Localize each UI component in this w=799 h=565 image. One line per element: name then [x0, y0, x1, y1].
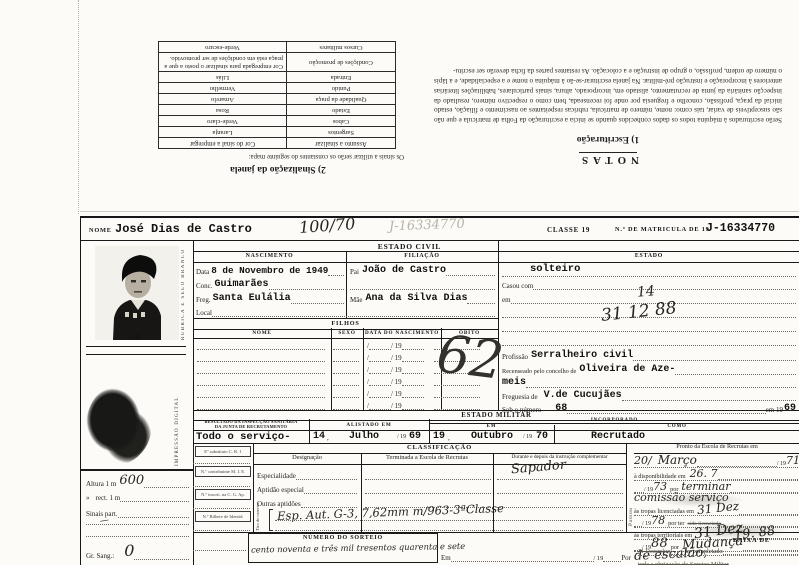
- notas-column: NOTAS 1) Escrituração Serão escriturados…: [428, 2, 788, 202]
- pronto-escola-line: 20/ Março / 19 71: [634, 454, 799, 468]
- married-to-label: Casou com: [502, 282, 533, 290]
- parish-label: Freg.: [196, 296, 211, 304]
- year-prefix: / 19: [594, 555, 604, 562]
- notes-section-rotated: NOTAS 1) Escrituração Serão escriturados…: [138, 2, 788, 202]
- pronto-year-handwritten: 71: [786, 454, 799, 467]
- page-edge-line: [80, 211, 799, 212]
- dotted-leader: [212, 315, 495, 317]
- table-cell: Sargentos: [286, 127, 395, 138]
- estado-civil-title: ESTADO CIVIL: [193, 240, 626, 251]
- place-label: Local: [196, 309, 212, 317]
- profession-value: Serralheiro civil: [531, 350, 633, 361]
- por-ter-label: por ter: [668, 520, 684, 527]
- signal-color-table: Assunto a sinalizar Cor do sinal a empre…: [158, 41, 396, 149]
- classification-title: CLASSIFICAÇÃO: [253, 443, 626, 451]
- table-cell: Punido: [286, 83, 395, 94]
- discharge-reason-line1: 31 Dezembro ter completado: [638, 544, 799, 556]
- pronto-month-handwritten: Março: [658, 453, 697, 467]
- dotted-leader: [603, 560, 621, 562]
- height-field: Altura 1 m 600: [86, 474, 189, 488]
- census-parish-label: Freguesia de: [502, 393, 538, 401]
- designation-header: Designação: [253, 454, 361, 461]
- incorporated-year: 70: [536, 431, 548, 442]
- incorporated-em-header: EM: [429, 424, 554, 429]
- profession-field: Profissão Serralheiro civil: [502, 347, 796, 361]
- census-council-field: Recenseado pelo concelho de Oliveira de …: [502, 361, 796, 375]
- mother-value: Ana da Silva Dias: [365, 293, 467, 304]
- nascimento-column-header: NASCIMENTO: [193, 253, 346, 259]
- year-prefix: / 19: [523, 434, 532, 440]
- year-prefix: / 19: [397, 434, 406, 440]
- parish-value: Santa Eulália: [213, 293, 291, 304]
- inspection-result-value: Todo o serviço-: [196, 431, 291, 443]
- discharge-block: BAIXA DE 19. 88 31 Dezembro ter completa…: [638, 532, 799, 565]
- comma: ,: [327, 434, 329, 442]
- census-council-value: Oliveira de Aze-: [579, 364, 675, 375]
- name-row: NOME José Dias de Castro 100/70 J-163347…: [81, 218, 799, 241]
- inspection-header-line2: DA JUNTA DE RECRUTAMENTO: [193, 424, 309, 429]
- census-council-value-2: meis: [502, 377, 526, 388]
- dotted-leader: [634, 525, 642, 527]
- name-value: José Dias de Castro: [115, 222, 252, 236]
- margin-box-3: N.º inscrit. na C. G. Ap.: [195, 489, 251, 500]
- disponibilidade-label: à disponibilidade em: [634, 473, 686, 480]
- left-strip-rule: [81, 469, 193, 471]
- height-label: Altura 1 m: [86, 480, 116, 488]
- dotted-line: [193, 528, 250, 531]
- child-row: // 19: [197, 398, 495, 410]
- disponibilidade-date-handwritten: 26. 7: [690, 467, 718, 480]
- census-parish-field: Freguesia de V.de Cucujães: [502, 388, 796, 401]
- father-label: Pai: [350, 268, 359, 276]
- children-name-header: NOME: [193, 330, 331, 336]
- mother-field: Mãe Ana da Silva Dias: [350, 290, 495, 304]
- council-value: Guimarães: [215, 279, 269, 290]
- parish-field: Freg. Santa Eulália: [196, 290, 344, 304]
- signal-table-header: Assunto a sinalizar: [286, 138, 395, 149]
- dotted-line: [502, 332, 796, 346]
- enlisted-header: ALISTADO EM: [309, 422, 429, 428]
- height-value-handwritten: 600: [119, 473, 144, 488]
- table-cell: Verde-claro: [159, 116, 287, 127]
- photo-caption-vertical: RUBRICA E SELO BRANCO: [181, 250, 186, 340]
- other-aptitudes-label: Outras aptidões: [257, 500, 301, 508]
- table-cell: Amarelo: [159, 94, 287, 105]
- year-prefix: / 19: [391, 366, 402, 374]
- por-label: Por: [621, 554, 631, 562]
- census-council-label: Recenseado pelo concelho de: [502, 368, 576, 375]
- census-council-continued: meis: [502, 375, 796, 388]
- sinalizacao-heading: 2) Sinalização da janela: [144, 164, 412, 174]
- council-field: Conc. Guimarães: [196, 276, 344, 290]
- dotted-leader: [120, 500, 189, 502]
- specialty-row: Especialidade: [257, 464, 357, 480]
- child-row: // 19: [197, 386, 495, 398]
- dotted-line: [497, 481, 623, 494]
- page-fold-edge: [78, 0, 79, 214]
- dotted-leader: [671, 553, 685, 555]
- matricula-value: J-16334770: [706, 222, 775, 235]
- pronto-day-handwritten: 20/: [634, 454, 652, 467]
- dotted-leader: [723, 553, 799, 555]
- father-value: João de Castro: [362, 265, 446, 276]
- fingerprint: [83, 385, 154, 467]
- year-prefix: / 19: [391, 354, 402, 362]
- estado-militar-values-row: Todo o serviço- 14 , Julho / 19 69 19 , …: [193, 430, 799, 444]
- year-prefix: / 19: [391, 378, 402, 386]
- dotted-line: [193, 506, 250, 509]
- birthdate-field: Data 8 de Novembro de 1949: [196, 262, 344, 276]
- divider-line: [86, 354, 186, 355]
- discharge-struck-text2: toda a obrigação do Serviço Militar: [638, 561, 729, 565]
- handwritten-day: 14: [636, 283, 655, 300]
- incorporated-as-value: Recrutado: [591, 431, 645, 442]
- handwritten-matricula-faint: J-16334770: [389, 217, 465, 235]
- enlisted-day: 14: [313, 431, 325, 442]
- council-label: Conc.: [196, 282, 213, 290]
- year-prefix: / 19: [642, 521, 651, 527]
- estado-column-header: ESTADO: [498, 253, 799, 259]
- margin-box-1: Eº substituto C. R. 1: [195, 446, 251, 457]
- scanned-military-record: NOTAS 1) Escrituração Serão escriturados…: [0, 0, 799, 565]
- profession-label: Profissão: [502, 353, 528, 361]
- licenciadas-year-handwritten: 78: [651, 514, 665, 527]
- table-cell: Laranja: [159, 127, 287, 138]
- incorporated-month: Outubro: [471, 431, 513, 442]
- dotted-line: [193, 484, 250, 487]
- licenciadas-date-handwritten: 31 Dez: [696, 499, 739, 517]
- dotted-line: [193, 461, 250, 464]
- dotted-leader: [296, 478, 357, 480]
- sinalizacao-intro: Os sinais a utilizar serão os constantes…: [144, 153, 404, 160]
- lottery-number-handwritten: cento noventa e três mil tresentos quare…: [249, 539, 437, 554]
- table-cell: Cursos militares: [286, 42, 395, 53]
- year-prefix: / 19: [777, 461, 786, 467]
- discharge-text: ter completado: [685, 548, 723, 555]
- escrituracao-paragraph: Serão escriturados à máquina todos os da…: [434, 66, 782, 124]
- table-cell: Verde-escuro: [159, 42, 287, 53]
- notas-underline: [579, 152, 637, 153]
- special-aptitude-row: Aptidão especial: [257, 481, 357, 494]
- children-sex-header: SEXO: [331, 330, 363, 336]
- mother-label: Mãe: [350, 296, 362, 304]
- signal-table-header: Cor do sinal a empregar: [159, 138, 287, 149]
- dotted-line: [86, 532, 189, 537]
- bracket: [269, 509, 273, 531]
- dotted-leader: [134, 558, 189, 560]
- dotted-line: —: [86, 518, 189, 525]
- married-on-label: em: [502, 296, 511, 304]
- dotted-leader: [730, 491, 799, 493]
- divider-line: [86, 346, 186, 347]
- table-cell: Condições de promoção: [286, 53, 395, 72]
- height-corrected-field: » rect. 1 m: [86, 490, 189, 502]
- children-birthdate-header: DATA DO NASCIMENTO: [363, 330, 441, 336]
- census-parish-value: V.de Cucujães: [544, 390, 622, 401]
- blood-group-label: Gr. Sang.:: [86, 552, 114, 560]
- special-aptitude-label: Aptidão especial: [257, 486, 304, 494]
- notas-heading: NOTAS: [428, 154, 788, 166]
- dotted-line: [275, 518, 623, 521]
- dotted-leader: [304, 492, 357, 494]
- marital-status-line: solteiro: [502, 262, 796, 277]
- father-field: Pai João de Castro: [350, 262, 495, 276]
- ditto-mark: »: [86, 494, 90, 502]
- handwritten-stroke: —: [99, 515, 110, 526]
- escrituracao-heading: 1) Escrituração: [428, 134, 788, 144]
- margin-box-2: N.º contribuinte M. I. E.: [195, 466, 251, 477]
- handwritten-number: 100/70: [298, 214, 355, 237]
- table-cell: Lilás: [159, 72, 287, 83]
- military-record-form: NOME José Dias de Castro 100/70 J-163347…: [80, 216, 799, 565]
- dotted-line: [365, 464, 491, 480]
- blood-group-value-handwritten: 0: [124, 541, 134, 560]
- terminada-header: Terminada a Escola de Recrutas: [361, 454, 493, 461]
- inspection-header: RESULTADO DA INSPECÇÃO SANITÁRIA DA JUNT…: [193, 419, 309, 430]
- discharge-struck-text: 31 Dezembro: [638, 549, 671, 555]
- dotted-leader: [144, 486, 189, 488]
- dotted-leader: [451, 560, 594, 562]
- em-label: Em: [441, 554, 451, 562]
- dotted-line: [275, 528, 623, 531]
- enlisted-year: 69: [409, 431, 421, 442]
- table-cell: Cabos: [286, 116, 395, 127]
- birthdate-value: 8 de Novembro de 1949: [211, 265, 328, 276]
- handwritten-big-number: 62: [434, 324, 507, 392]
- blood-group-field: Gr. Sang.: 0: [86, 544, 189, 560]
- classe-label: CLASSE 19: [547, 226, 590, 234]
- dotted-line: [193, 548, 246, 551]
- dotted-line: [350, 276, 495, 290]
- rect-label: rect. 1 m: [96, 494, 121, 502]
- tiro-carreira-vertical-label: Tiro de carreira: [255, 509, 260, 531]
- filiacao-column-header: FILIAÇÃO: [346, 253, 498, 259]
- comma: ,: [448, 434, 450, 442]
- sinalizacao-column: 2) Sinalização da janela Os sinais a uti…: [144, 2, 412, 202]
- year-prefix: / 19: [391, 402, 402, 410]
- passou-left-border: [626, 443, 627, 532]
- name-label: NOME: [89, 227, 112, 234]
- left-strip-divider: [193, 240, 194, 565]
- passou-vertical-label: Passou: [628, 462, 634, 526]
- place-field: Local: [196, 304, 495, 317]
- margin-box-4: N.º Bilhete de Identid.: [195, 511, 251, 522]
- year-prefix: / 19: [391, 342, 402, 350]
- table-cell: Estado: [286, 105, 395, 116]
- portrait-photo: [95, 246, 179, 340]
- matricula-label: N.º DE MATRICULA DE 19: [615, 226, 710, 233]
- table-cell: Qualidade da praça: [286, 94, 395, 105]
- enlisted-month: Julho: [349, 431, 379, 442]
- table-cell: Cor empregada para sinalizar o posto a q…: [159, 53, 287, 72]
- dotted-line: [497, 495, 623, 508]
- marital-status-value: solteiro: [530, 263, 580, 275]
- specialty-label: Especialidade: [257, 472, 296, 480]
- discharge-reason-line2: toda a obrigação do Serviço Militar: [638, 556, 799, 565]
- table-cell: Entrada: [286, 72, 395, 83]
- table-cell: Vermelho: [159, 83, 287, 94]
- year-prefix: / 19: [391, 390, 402, 398]
- incorporated-day: 19: [433, 431, 445, 442]
- incorporated-como-header: COMO: [554, 424, 799, 429]
- lottery-number-box: NÚMERO DO SORTEIO cento noventa e três m…: [248, 533, 438, 563]
- discharge-date-field: Em / 19 Por: [441, 548, 631, 562]
- fingerprint-caption-vertical: IMPRESSÃO DIGITAL: [175, 392, 180, 466]
- dotted-leader: [739, 513, 799, 515]
- table-cell: Rosa: [159, 105, 287, 116]
- dotted-line: [502, 318, 796, 332]
- dotted-line: [365, 481, 491, 494]
- birthdate-label: Data: [196, 268, 209, 276]
